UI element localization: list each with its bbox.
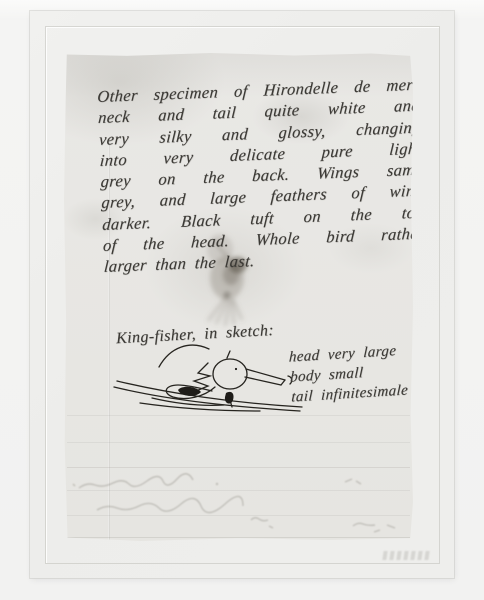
manuscript-text: Other specimen of Hirondelle de mer: nec… [97,74,426,278]
ruling-line [67,442,410,443]
manuscript-sheet: Other specimen of Hirondelle de mer: nec… [64,53,413,541]
photograph: Other specimen of Hirondelle de mer: nec… [0,0,484,600]
kingfisher-sketch [112,343,307,415]
scribble-strokes [73,474,395,532]
faint-accession-mark [382,551,431,560]
ruling-line [67,415,410,416]
faint-pencil-scribbles [69,468,414,546]
sketch-strokes [114,345,302,411]
